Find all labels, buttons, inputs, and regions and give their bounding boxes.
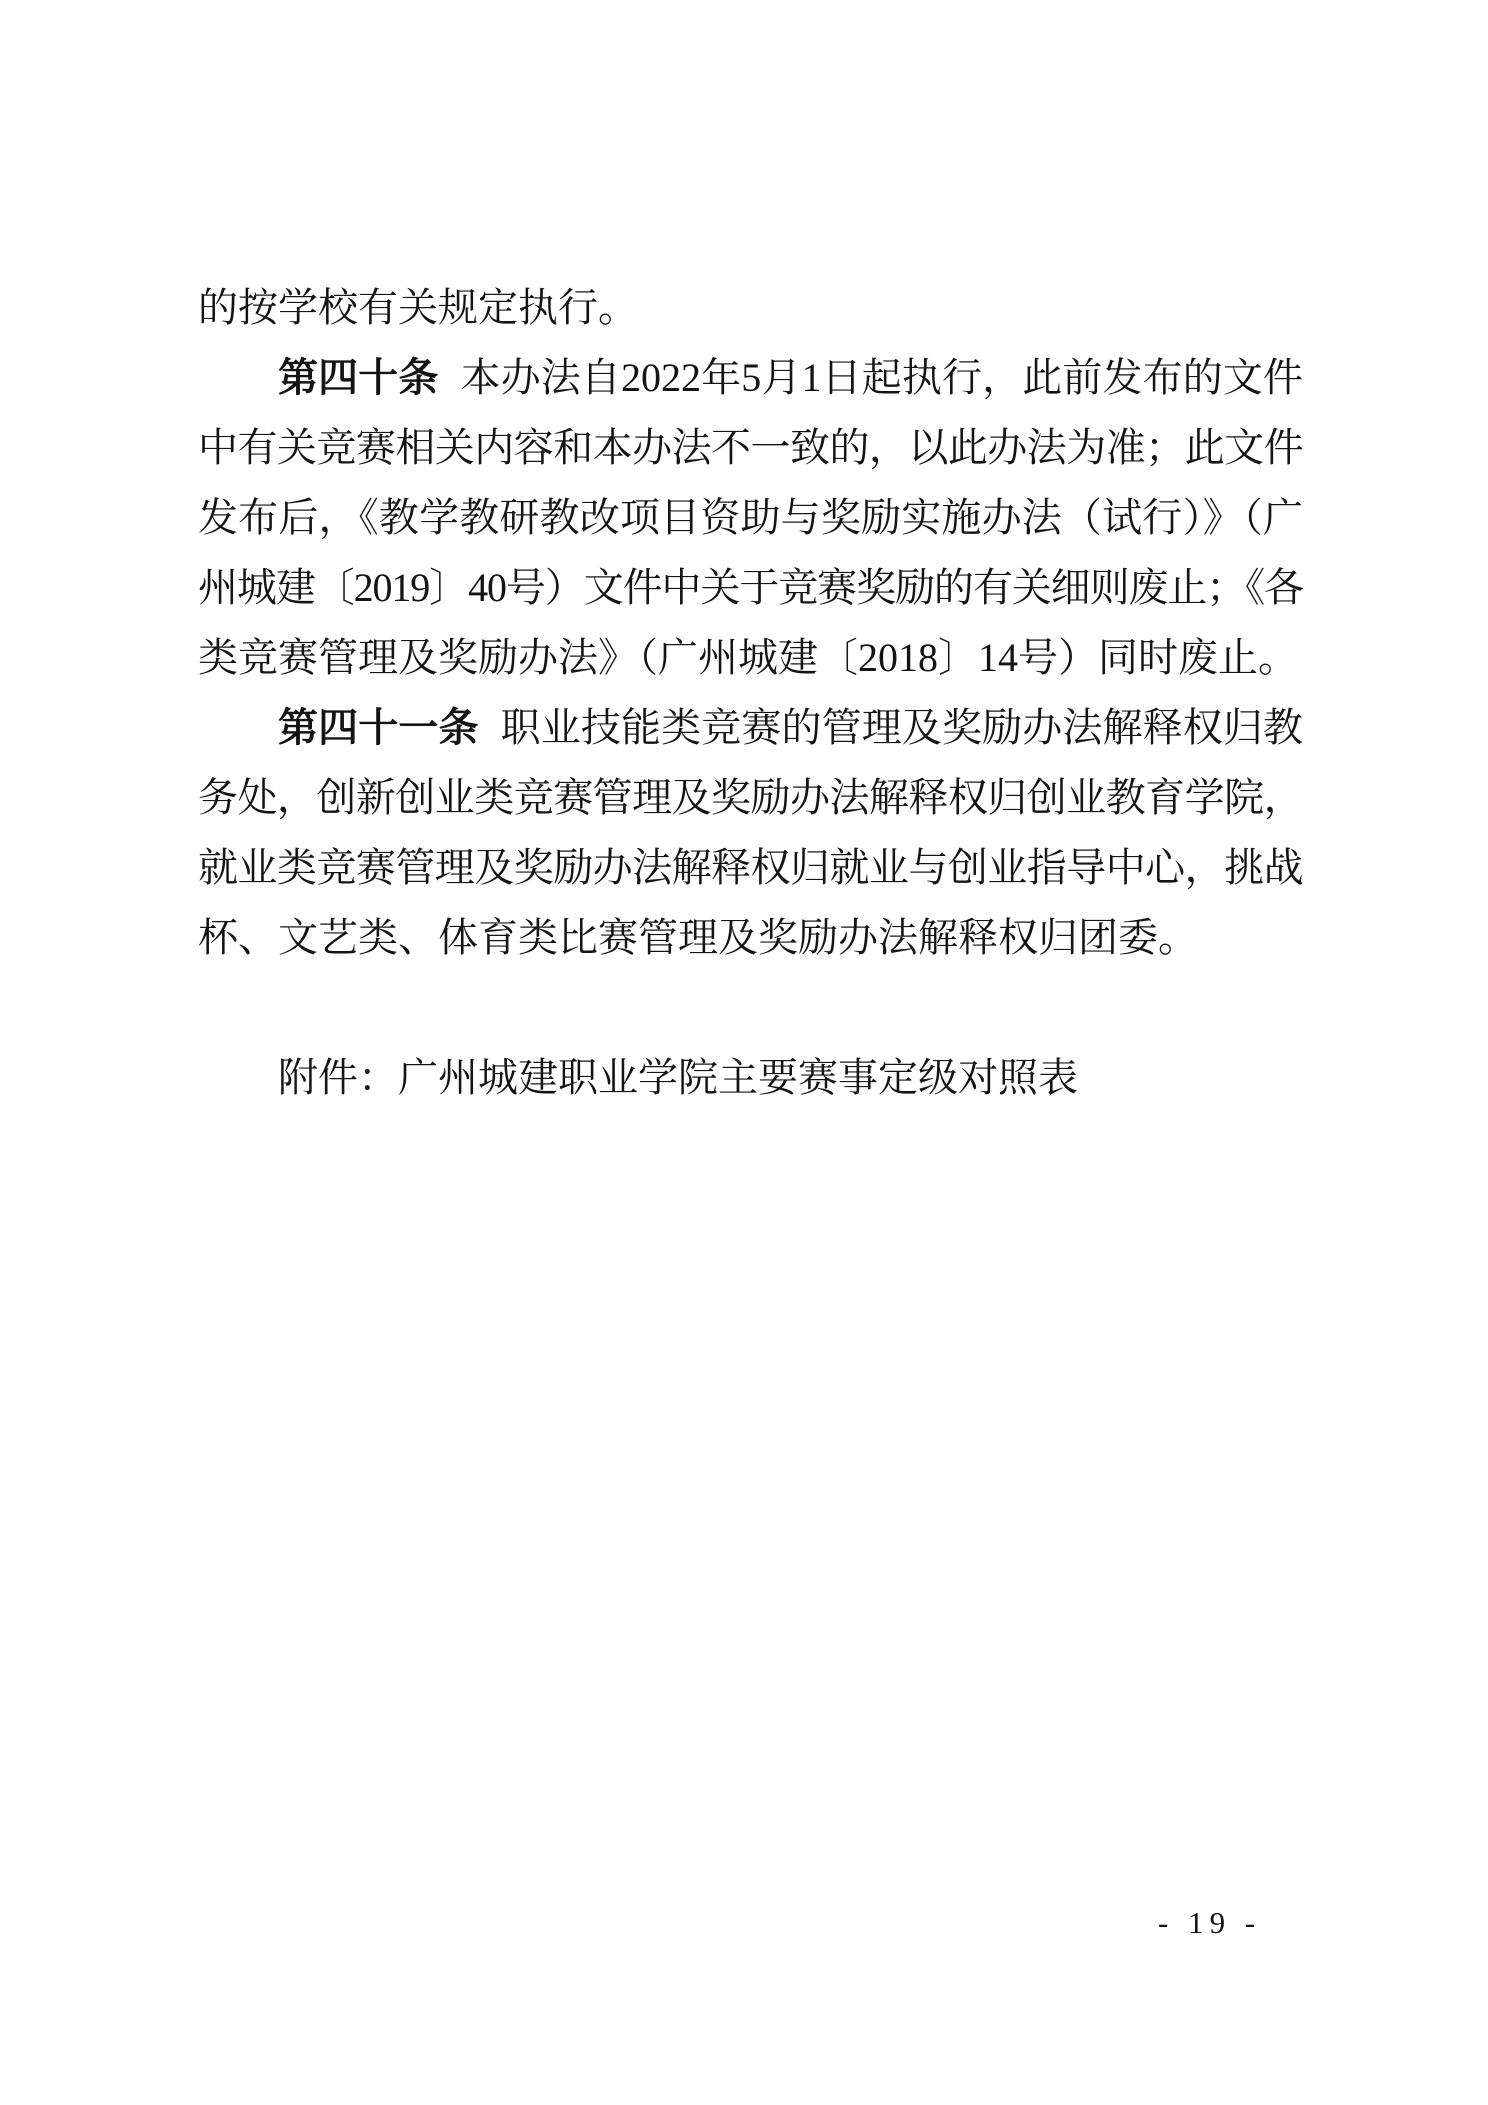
blank-line: [198, 973, 1303, 1043]
text-line-9: 就业类竞赛管理及奖励办法解释权归就业与创业指导中心，挑战: [198, 833, 1303, 903]
text-line-5: 州城建〔2019〕40号）文件中关于竞赛奖励的有关细则废止；《各: [198, 553, 1303, 623]
text-line-6: 类竞赛管理及奖励办法》（广州城建〔2018〕14号）同时废止。: [198, 623, 1303, 693]
article-40-body: 本办法自2022年5月1日起执行，此前发布的文件: [461, 355, 1304, 400]
text-line-3: 中有关竞赛相关内容和本办法不一致的，以此办法为准；此文件: [198, 413, 1303, 483]
article-41-body: 职业技能类竞赛的管理及奖励办法解释权归教: [501, 705, 1303, 750]
text-line-10: 杯、文艺类、体育类比赛管理及奖励办法解释权归团委。: [198, 903, 1303, 973]
text-line-4: 发布后，《教学教研教改项目资助与奖励实施办法（试行）》（广: [198, 483, 1303, 553]
attachment-line: 附件：广州城建职业学院主要赛事定级对照表: [198, 1043, 1303, 1113]
text-line-1: 的按学校有关规定执行。: [198, 273, 1303, 343]
article-40-number: 第四十条: [278, 355, 439, 400]
article-41-number: 第四十一条: [278, 705, 479, 750]
text-line-7-article-41: 第四十一条职业技能类竞赛的管理及奖励办法解释权归教: [198, 693, 1303, 763]
text-line-8: 务处，创新创业类竞赛管理及奖励办法解释权归创业教育学院，: [198, 763, 1303, 833]
document-body: 的按学校有关规定执行。 第四十条本办法自2022年5月1日起执行，此前发布的文件…: [198, 273, 1303, 1113]
text-line-2-article-40: 第四十条本办法自2022年5月1日起执行，此前发布的文件: [198, 343, 1303, 413]
document-page: 的按学校有关规定执行。 第四十条本办法自2022年5月1日起执行，此前发布的文件…: [0, 0, 1488, 2105]
page-number: - 19 -: [1158, 1903, 1261, 1943]
